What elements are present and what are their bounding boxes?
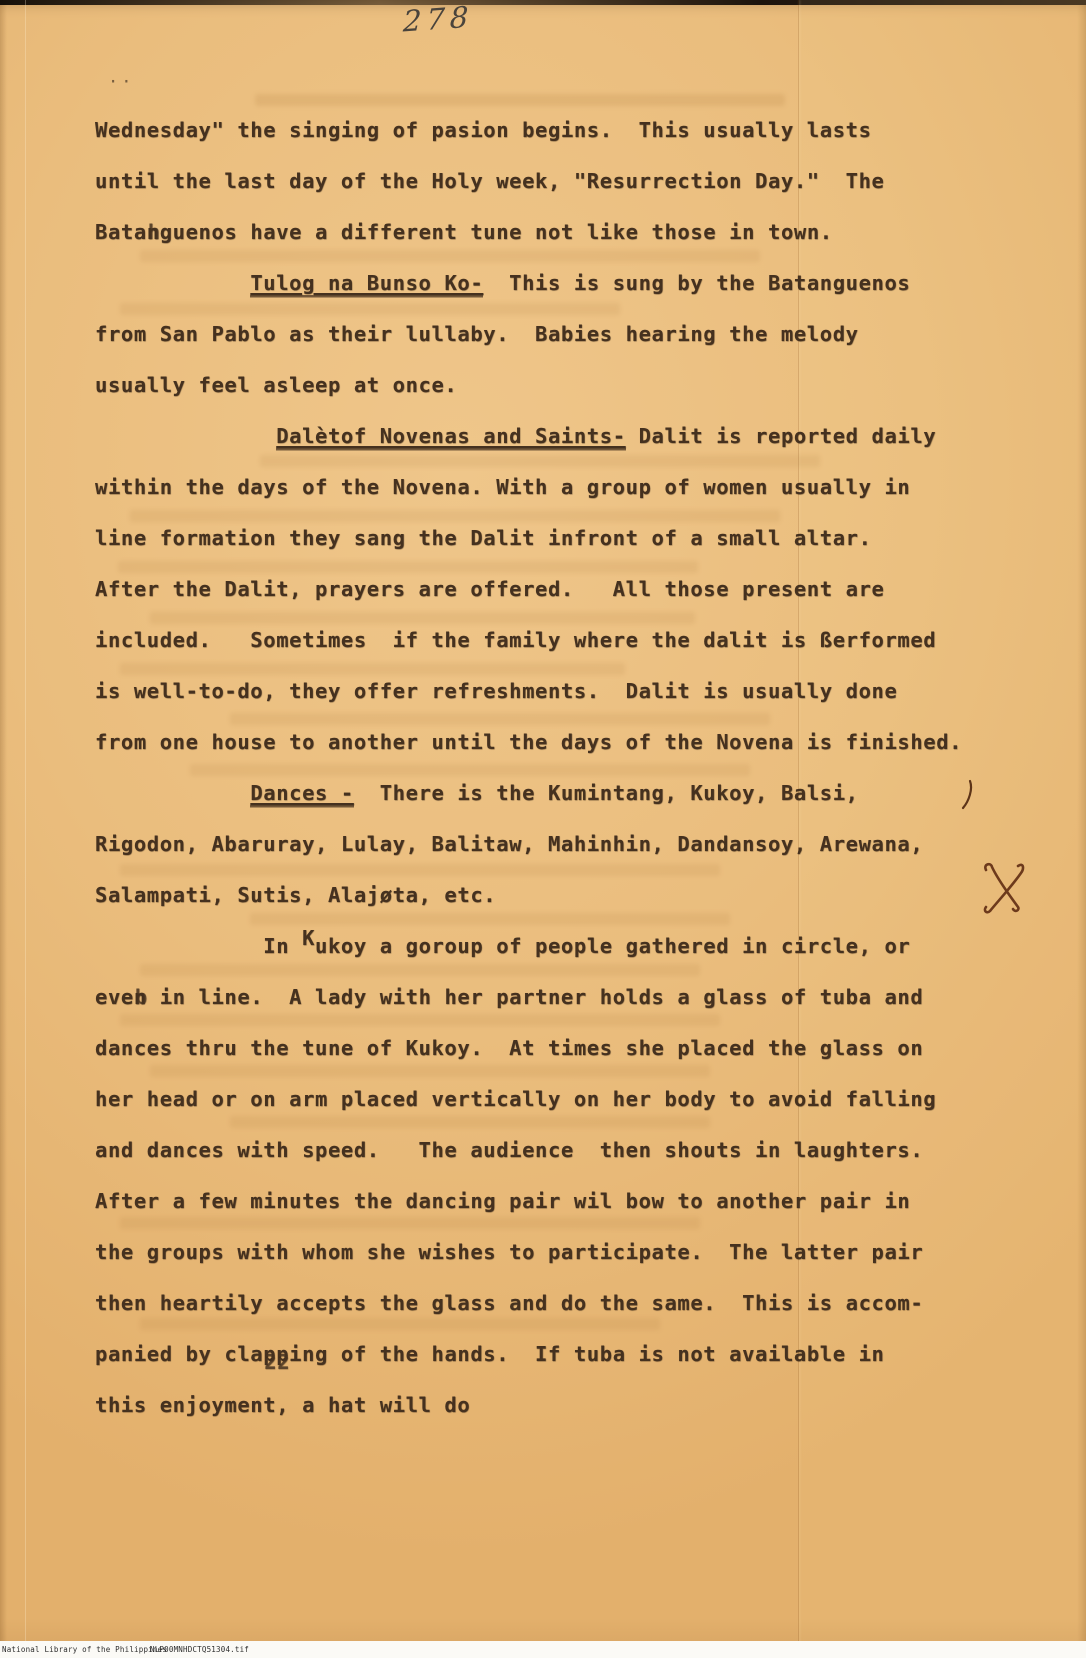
scan-footer-institution: National Library of the Philippines [2,1645,167,1654]
text-line: Wednesday" the singing of pasion begins.… [95,105,1035,156]
text-line: is well-to-do, they offer refreshments. … [95,666,1035,717]
text-line: After the Dalit, prayers are offered. Al… [95,564,1035,615]
handwritten-page-number: 278 [402,0,473,39]
text-line: then heartily accepts the glass and do t… [95,1278,1035,1329]
text-line: Tulog na Bunso Ko- This is sung by the B… [95,258,1035,309]
text-line: dances thru the tune of Kukoy. At times … [95,1023,1035,1074]
text-line: In Kukoy a goroup of people gathered in … [95,921,1035,972]
text-line: Salampati, Sutis, Alajøta, etc. [95,870,1035,921]
text-line: After a few minutes the dancing pair wil… [95,1176,1035,1227]
scan-footer: National Library of the Philippines NLP0… [0,1641,1086,1658]
text-line: panied by clapp22ing of the hands. If tu… [95,1329,1035,1380]
text-line: this enjoyment, a hat will do [95,1380,1035,1431]
text-line: usually feel asleep at once. [95,360,1035,411]
text-line: Dances - There is the Kumintang, Kukoy, … [95,768,1035,819]
text-line: line formation they sang the Dalit infro… [95,513,1035,564]
text-line: Batanhguenos have a different tune not l… [95,207,1035,258]
pencil-dots: ·· [108,72,134,92]
text-line: and dances with speed. The audience then… [95,1125,1035,1176]
text-line: her head or on arm placed vertically on … [95,1074,1035,1125]
text-line: from San Pablo as their lullaby. Babies … [95,309,1035,360]
text-line: until the last day of the Holy week, "Re… [95,156,1035,207]
text-line: the groups with whom she wishes to parti… [95,1227,1035,1278]
text-line: Rigodon, Abaruray, Lulay, Balitaw, Mahin… [95,819,1035,870]
text-line: evenb in line. A lady with her partner h… [95,972,1035,1023]
handwritten-x-mark [981,860,1025,920]
scan-footer-filename: NLP00MNHDCTQ51304.tif [150,1645,249,1654]
scanned-page: 278 ·· Wednesday" the singing of pasion … [0,0,1086,1658]
text-line: within the days of the Novena. With a gr… [95,462,1035,513]
handwritten-tick-mark [959,779,975,815]
text-line: Dalètof Novenas and Saints- Dalit is rep… [95,411,1035,462]
text-line: from one house to another until the days… [95,717,1035,768]
text-line: included. Sometimes if the family where … [95,615,1035,666]
paper-crease-left [25,0,26,1658]
typewritten-text: Wednesday" the singing of pasion begins.… [95,105,1035,1431]
